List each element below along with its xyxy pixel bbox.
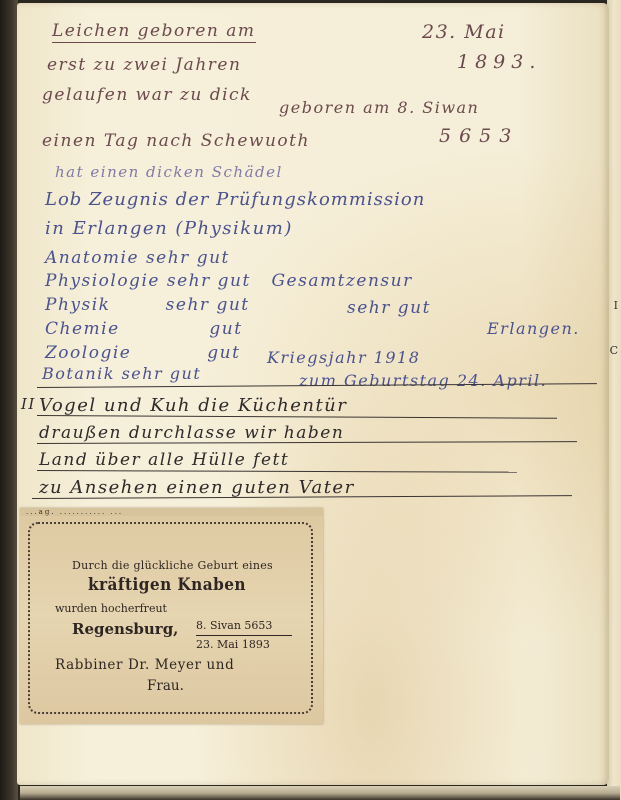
announcement-gregorian-date: 23. Mai 1893 — [196, 638, 270, 651]
page-stack-bottom — [20, 786, 620, 800]
handwritten-year: 1893. — [457, 51, 541, 73]
handwritten-line: Botanik sehr gut — [42, 364, 201, 383]
date-divider — [196, 635, 292, 636]
next-page-edge: I C — [607, 0, 621, 800]
strike-line — [37, 470, 517, 473]
handwritten-line: gelaufen war zu dick — [42, 85, 252, 105]
struck-handwritten-line: Vogel und Kuh die Küchentür — [39, 395, 347, 416]
handwritten-line: Physik sehr gut — [45, 295, 250, 315]
handwritten-line: erst zu zwei Jahren — [47, 55, 241, 75]
announcement-signature: Frau. — [147, 678, 184, 694]
next-page-mark: I — [614, 300, 618, 311]
newspaper-clipping-birth-announcement: ...ag. ........... ... Durch die glückli… — [20, 508, 323, 724]
announcement-line: wurden hocherfreut — [55, 602, 167, 615]
announcement-headline: kräftigen Knaben — [88, 575, 246, 595]
handwritten-line: Leichen geboren am — [52, 21, 256, 43]
next-page-mark: C — [610, 345, 618, 356]
handwritten-line: in Erlangen (Physikum) — [45, 218, 293, 239]
announcement-city: Regensburg, — [72, 620, 178, 638]
handwritten-line: Zoologie gut — [45, 343, 240, 363]
handwritten-line: Physiologie sehr gut Gesamtzensur — [45, 271, 413, 291]
handwritten-line: Chemie gut — [45, 319, 243, 339]
handwritten-line: Anatomie sehr gut — [45, 248, 230, 268]
book-spine-shadow — [0, 0, 18, 800]
struck-handwritten-line: draußen durchlasse wir haben — [39, 423, 344, 443]
clipping-top-strip: ...ag. ........... ... — [20, 508, 323, 516]
handwritten-line: Kriegsjahr 1918 — [267, 348, 420, 367]
handwritten-line: sehr gut — [347, 298, 431, 318]
announcement-hebrew-date: 8. Sivan 5653 — [196, 619, 272, 632]
handwritten-line: Erlangen. — [487, 319, 580, 338]
handwritten-line: zum Geburtstag 24. April. — [299, 371, 547, 390]
handwritten-line: Lob Zeugnis der Prüfungskommission — [45, 189, 425, 210]
handwritten-line: einen Tag nach Schewuoth — [42, 131, 310, 151]
announcement-line: Durch die glückliche Geburt eines — [72, 559, 273, 572]
strike-line — [37, 415, 557, 419]
struck-handwritten-line: zu Ansehen einen guten Vater — [39, 477, 355, 498]
handwritten-line: geboren am 8. Siwan — [279, 98, 479, 117]
margin-mark: II — [21, 395, 36, 413]
handwritten-date: 23. Mai — [422, 21, 506, 43]
handwritten-line: hat einen dicken Schädel — [55, 163, 283, 181]
announcement-signature: Rabbiner Dr. Meyer und — [55, 657, 234, 673]
handwritten-year: 5653 — [439, 125, 519, 147]
struck-handwritten-line: Land über alle Hülle fett — [39, 450, 289, 470]
